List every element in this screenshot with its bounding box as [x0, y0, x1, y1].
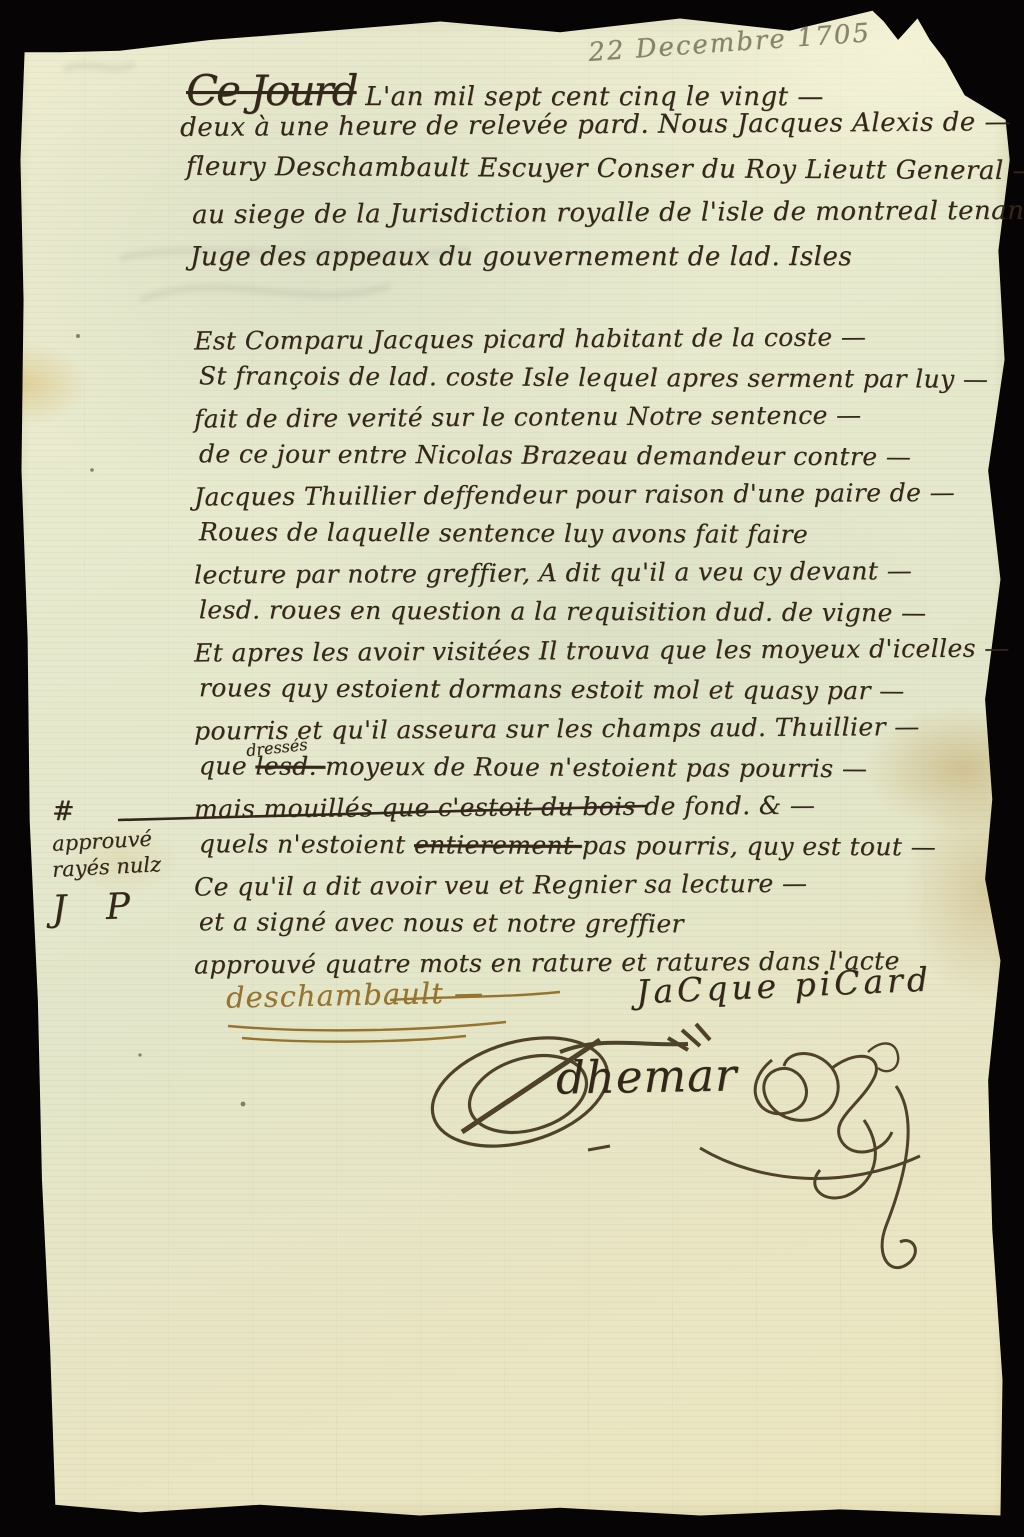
manuscript-line: lecture par notre greffier, A dit qu'il … — [194, 556, 1010, 561]
manuscript-line: et a signé avec nous et notre greffier — [199, 907, 1010, 911]
manuscript-line: approuvé quatre mots en rature et rature… — [194, 946, 1010, 951]
manuscript-line: mais mouillés que c'estoit du bois de fo… — [194, 790, 1010, 795]
line-segment: Et apres les avoir visitées Il trouva qu… — [194, 634, 1010, 668]
signature-adhemar: dhemar — [556, 1048, 738, 1104]
line-segment: moyeux de Roue n'estoient pas pourris — — [325, 752, 867, 783]
manuscript-line: Roues de laquelle sentence luy avons fai… — [199, 517, 1010, 521]
manuscript-scan: 22 Decembre 1705 Ce Jourd L'an mil sept … — [0, 0, 1024, 1537]
line-segment: et a signé avec nous et notre greffier — [199, 907, 684, 938]
margin-word: rayés nulz — [51, 852, 161, 882]
struck-text: entierement — [414, 830, 582, 860]
signature-deschambault: deschambault — — [226, 975, 485, 1014]
opening-paragraph: Ce Jourd L'an mil sept cent cinq le ving… — [186, 66, 1024, 286]
manuscript-line: lesd. roues en question a la requisition… — [199, 595, 1010, 599]
line-segment: lesd. roues en question a la requisition… — [199, 595, 927, 627]
line-segment: lecture par notre greffier, A dit qu'il … — [194, 556, 912, 589]
manuscript-line: roues quy estoient dormans estoit mol et… — [199, 673, 1010, 677]
manuscript-line: au siege de la Jurisdiction royalle de l… — [192, 196, 1024, 200]
deposition-paragraph: Est Comparu Jacques picard habitant de l… — [194, 324, 1010, 987]
manuscript-line: Et apres les avoir visitées Il trouva qu… — [194, 634, 1010, 639]
struck-text: Ce Jourd — [186, 66, 356, 115]
manuscript-line: de ce jour entre Nicolas Brazeau demande… — [199, 439, 1010, 443]
manuscript-line: St françois de lad. coste Isle lequel ap… — [199, 361, 1010, 365]
line-segment: mais mouillés que c'estoit du bois de fo… — [194, 791, 815, 824]
margin-note: # approuvé rayés nulz J P — [52, 796, 161, 928]
manuscript-line: fleury Deschambault Escuyer Conser du Ro… — [186, 152, 1024, 156]
line-segment: Juge des appeaux du gouvernement de lad.… — [190, 242, 852, 272]
manuscript-line: fait de dire verité sur le contenu Notre… — [194, 400, 1010, 405]
margin-initials: J P — [51, 885, 162, 930]
line-segment: Roues de laquelle sentence luy avons fai… — [199, 517, 808, 549]
margin-word: approuvé — [51, 826, 161, 856]
manuscript-line: Ce qu'il a dit avoir veu et Regnier sa l… — [194, 868, 1010, 873]
line-segment: roues quy estoient dormans estoit mol et… — [199, 673, 905, 705]
manuscript-line: Jacques Thuillier deffendeur pour raison… — [194, 478, 1010, 483]
line-segment: Jacques Thuillier deffendeur pour raison… — [194, 478, 955, 512]
line-segment: deux à une heure de relevée pard. Nous J… — [180, 107, 1011, 143]
line-segment: Ce qu'il a dit avoir veu et Regnier sa l… — [194, 869, 807, 902]
line-segment: Est Comparu Jacques picard habitant de l… — [194, 322, 866, 355]
line-segment: pas pourris, quy est tout — — [582, 831, 936, 862]
line-segment: quels n'estoient — [199, 829, 414, 859]
line-segment: au siege de la Jurisdiction royalle de l… — [192, 196, 1024, 230]
line-segment: St françois de lad. coste Isle lequel ap… — [199, 361, 989, 393]
manuscript-line: quels n'estoient entierement pas pourris… — [199, 829, 1010, 833]
line-segment: fait de dire verité sur le contenu Notre… — [194, 400, 862, 433]
line-segment: L'an mil sept cent cinq le vingt — — [356, 82, 823, 112]
hash-mark: # — [52, 796, 75, 827]
line-segment: de ce jour entre Nicolas Brazeau demande… — [199, 439, 911, 471]
manuscript-line: pourris et qu'il asseura sur les champs … — [194, 712, 1010, 717]
line-segment: fleury Deschambault Escuyer Conser du Ro… — [186, 152, 1024, 186]
manuscript-line: que lesd. moyeux de Roue n'estoient pas … — [199, 751, 1010, 755]
